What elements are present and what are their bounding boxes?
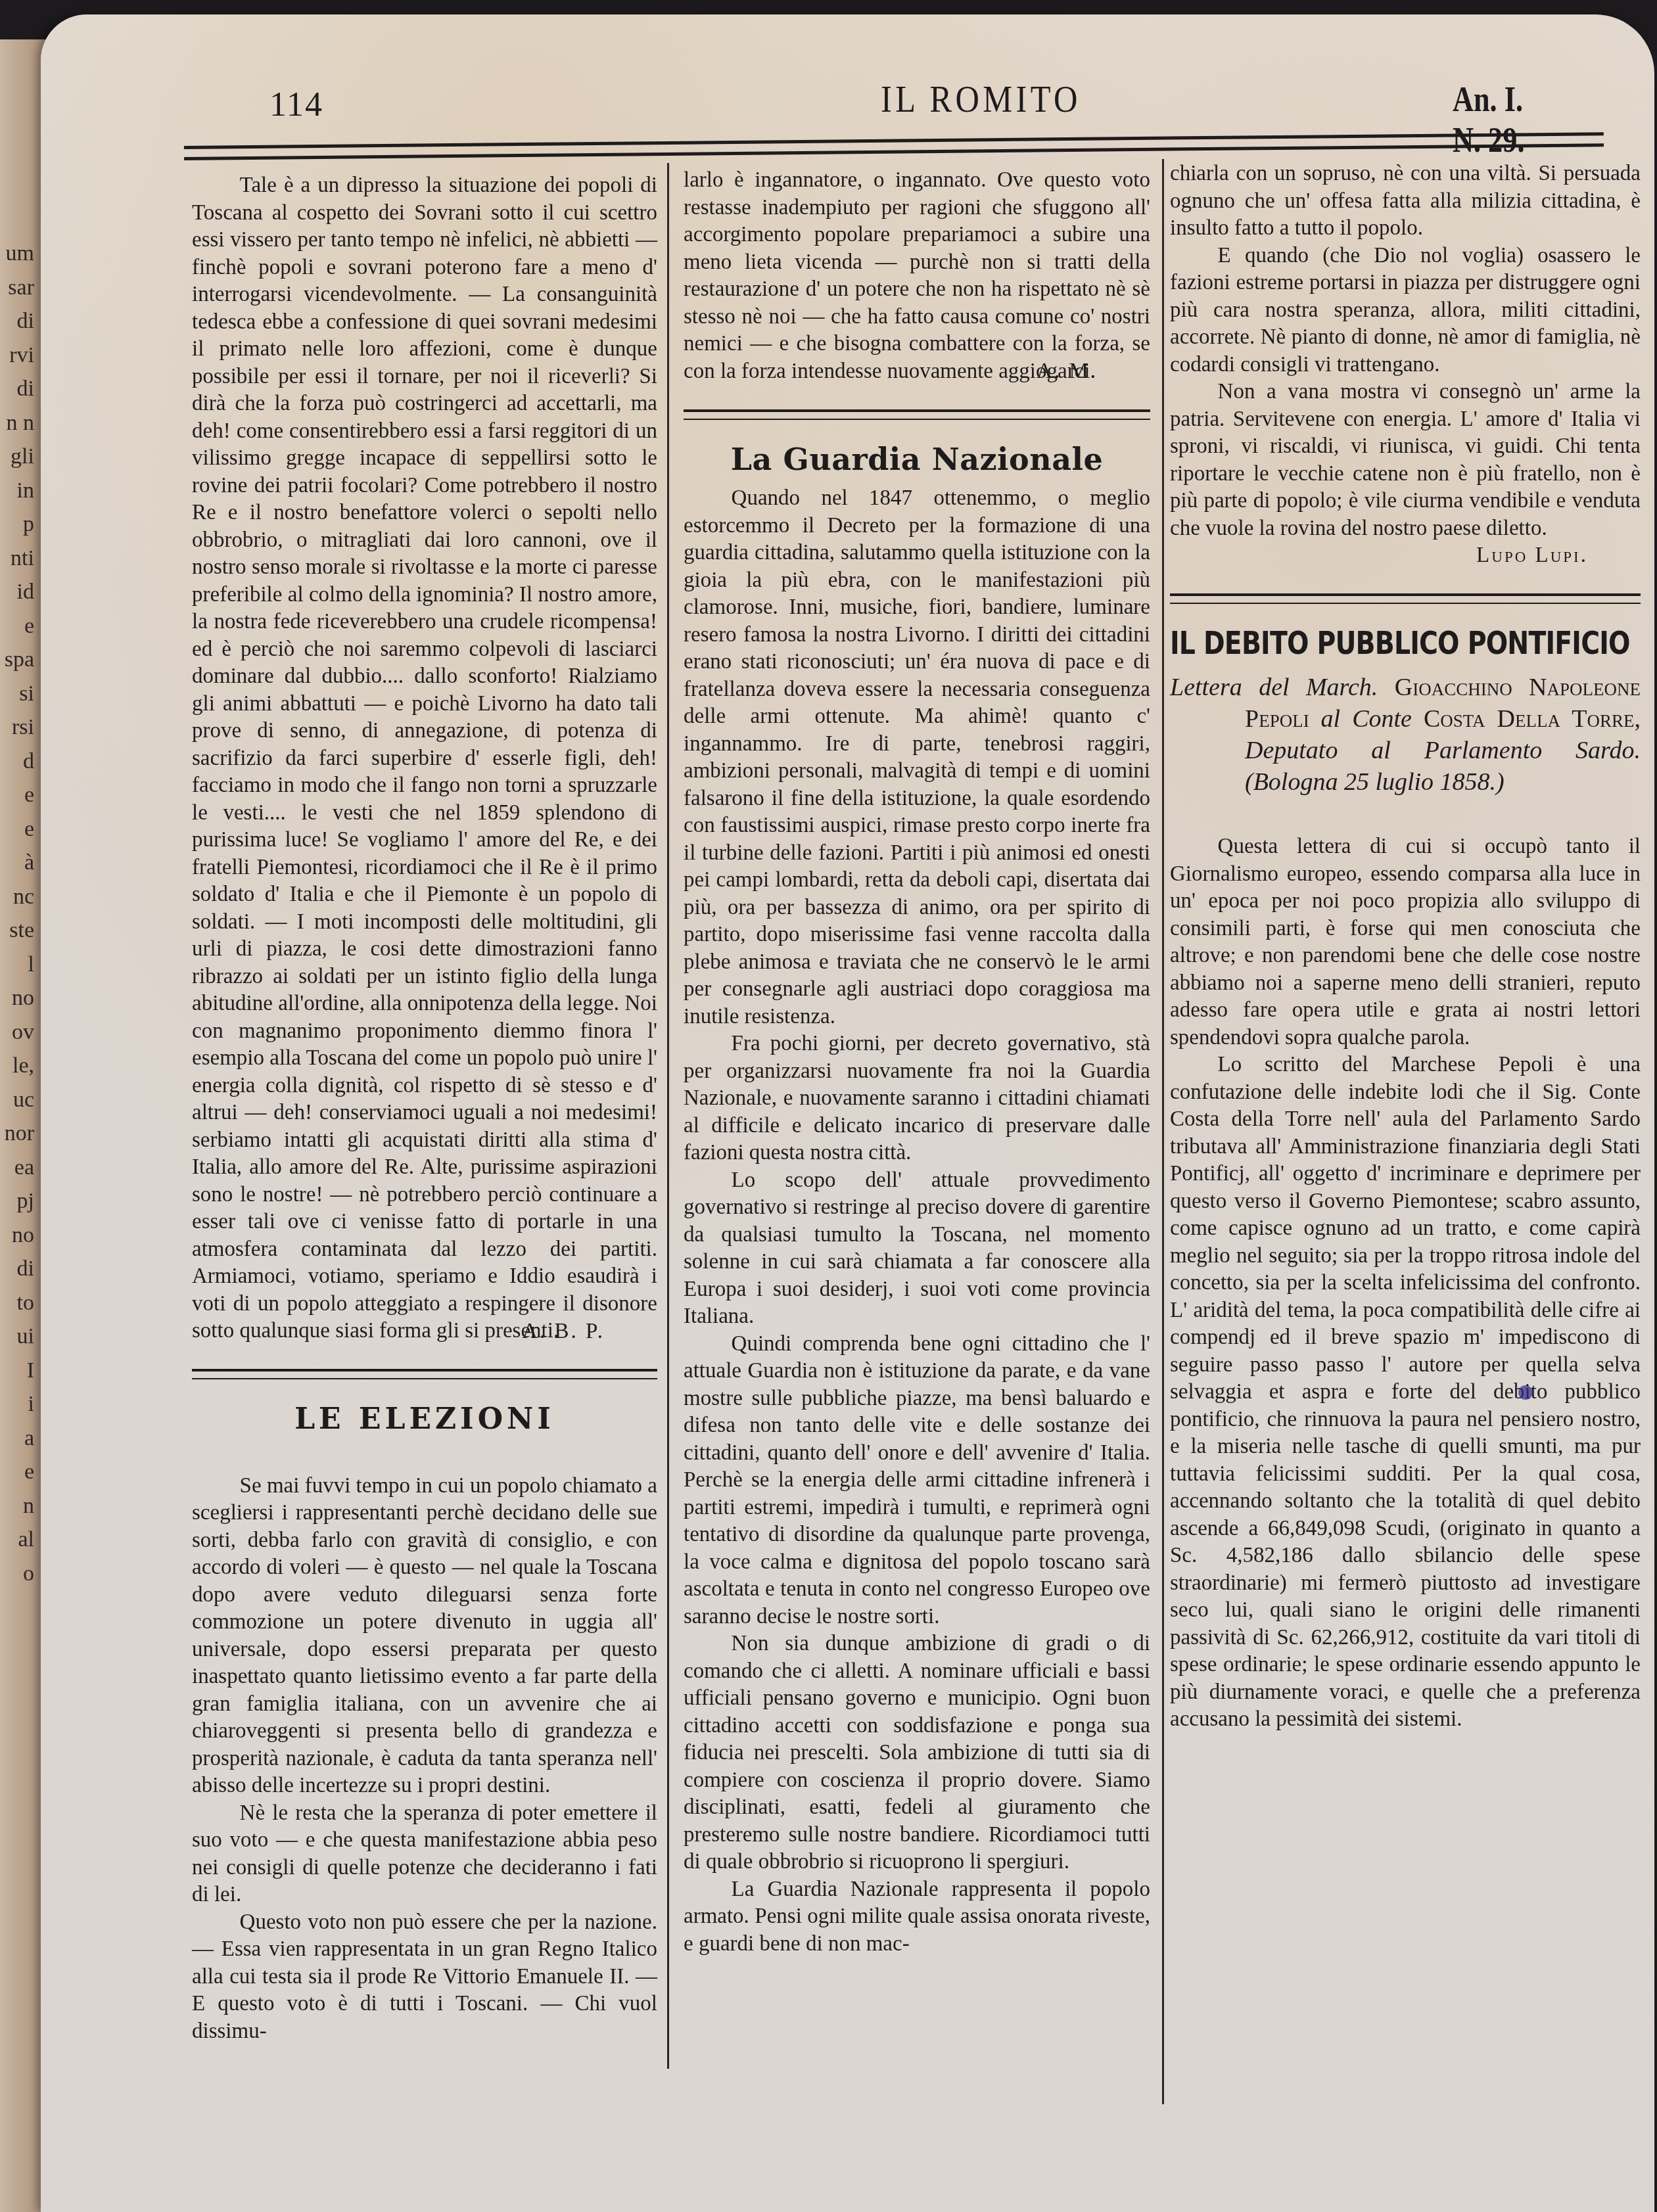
masthead: 114 IL ROMITO An. I. N. 29. [118, 79, 1577, 138]
article-paragraph: Questo voto non può essere che per la na… [192, 1909, 657, 2046]
headline-guardia-nazionale: La Guardia Nazionale [684, 446, 1150, 474]
newspaper-title: IL ROMITO [881, 79, 1081, 121]
article-paragraph: Fra pochi giorni, per decreto governativ… [684, 1030, 1150, 1167]
article-paragraph: Quindi comprenda bene ogni cittadino che… [684, 1331, 1150, 1631]
article-paragraph: Questa lettera di cui si occupò tanto il… [1170, 833, 1641, 1051]
article-paragraph: Non sia dunque ambizione di gradi o di c… [684, 1630, 1150, 1876]
column-3: chiarla con un sopruso, nè con una viltà… [1170, 160, 1641, 1734]
article-paragraph: Se mai fuvvi tempo in cui un popolo chia… [192, 1473, 657, 1800]
article-paragraph: larlo è ingannatore, o ingannato. Ove qu… [684, 167, 1150, 385]
article-le-elezioni: LE ELEZIONI Se mai fuvvi tempo in cui un… [192, 1406, 657, 2045]
page-number: 114 [269, 85, 323, 124]
headline-debito-pubblico: IL DEBITO PUBBLICO PONTIFICIO [1170, 630, 1556, 658]
article-paragraph: Lo scopo dell' attuale provvedimento gov… [684, 1167, 1150, 1331]
article-paragraph: La Guardia Nazionale rappresenta il popo… [684, 1876, 1150, 1958]
article-paragraph: Non a vana mostra vi consegnò un' arme l… [1170, 379, 1641, 542]
subheading-part: Deputato al Parlamento Sardo. (Bologna 2… [1245, 737, 1641, 796]
article-paragraph: chiarla con un sopruso, nè con una viltà… [1170, 160, 1641, 242]
article-paragraph: Quando nel 1847 ottenemmo, o meglio esto… [684, 485, 1150, 1030]
article-le-elezioni-continued: larlo è ingannatore, o ingannato. Ove qu… [684, 167, 1150, 386]
column-2: larlo è ingannatore, o ingannato. Ove qu… [684, 167, 1150, 1958]
subheading-recipient: Costa Della Torre, [1424, 705, 1641, 733]
article-toscana-sovrani: Tale è a un dipresso la situazione dei p… [192, 172, 657, 1345]
section-divider [1170, 593, 1641, 604]
article-guardia-nazionale: La Guardia Nazionale Quando nel 1847 ott… [684, 446, 1150, 1958]
column-divider [667, 163, 669, 2069]
section-divider [684, 409, 1150, 420]
article-subheading: Lettera del March. Gioacchino Napoleone … [1170, 672, 1641, 798]
article-signature: Lupo Lupi. [1170, 542, 1641, 570]
column-divider [1162, 159, 1164, 2104]
issue-number: An. I. N. 29. [1453, 79, 1555, 160]
article-paragraph: Nè le resta che la speranza di poter eme… [192, 1800, 657, 1909]
article-paragraph: Lo scritto del Marchese Pepoli è una con… [1170, 1051, 1641, 1734]
adjacent-page-fragment: um sar di rvi di n n gli in p nti id e s… [0, 237, 34, 2011]
article-paragraph: Tale è a un dipresso la situazione dei p… [192, 172, 657, 1345]
headline-le-elezioni: LE ELEZIONI [192, 1406, 657, 1433]
section-divider [192, 1369, 657, 1379]
column-1: Tale è a un dipresso la situazione dei p… [192, 172, 657, 2045]
article-paragraph: E quando (che Dio nol voglia) osassero l… [1170, 242, 1641, 379]
article-debito-pubblico: IL DEBITO PUBBLICO PONTIFICIO Lettera de… [1170, 630, 1641, 1734]
article-guardia-nazionale-continued: chiarla con un sopruso, nè con una viltà… [1170, 160, 1641, 570]
subheading-part: al Conte [1321, 705, 1412, 733]
ink-stain [1518, 1385, 1533, 1400]
subheading-part: Lettera del March. [1170, 674, 1378, 701]
